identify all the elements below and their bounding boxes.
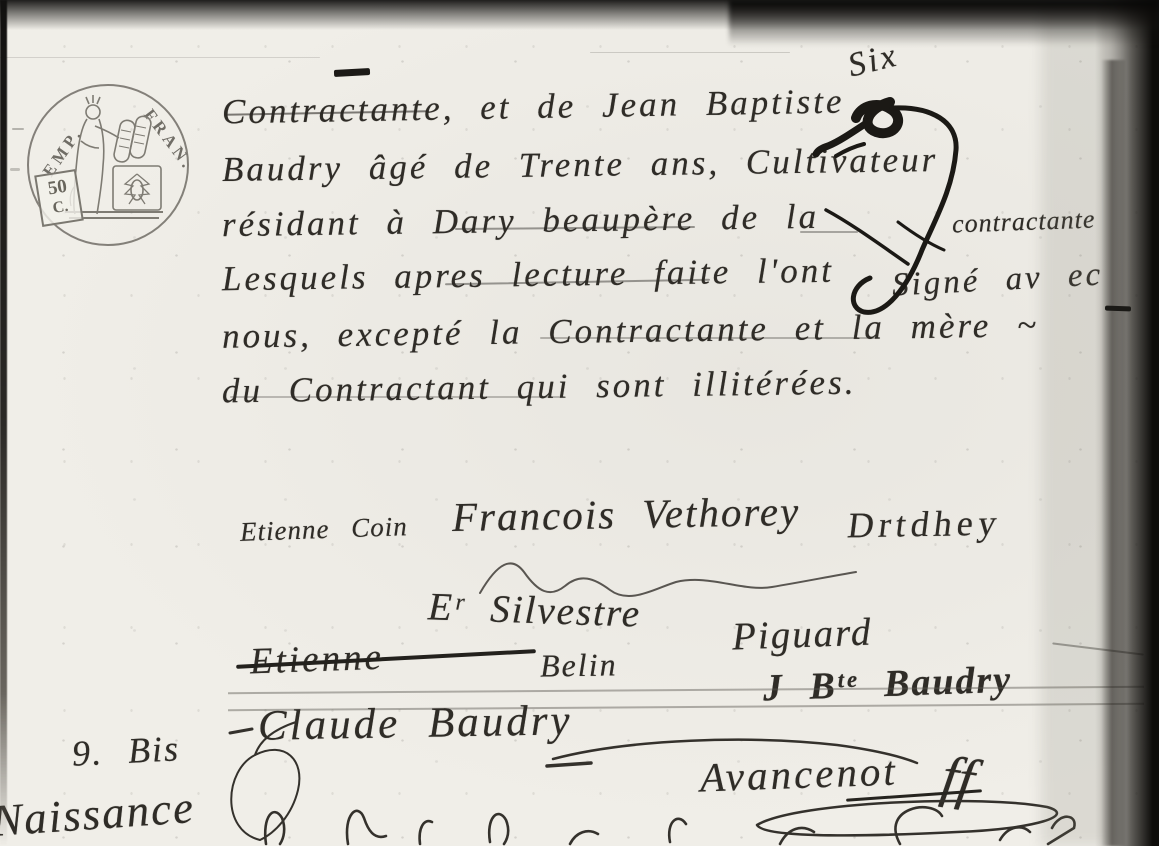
signature-piguard: Piguard [731,612,873,660]
faint-line-contractant [230,396,560,398]
footer-section-label: Naissance [0,783,196,846]
stamp-value-box: 50 C. [34,169,84,227]
scratch-line-2 [590,52,790,53]
signature-bte-baudry: J Bᵗᵉ Baudry [762,660,1012,710]
signature-francois-vethorey: Francois Vethorey [452,489,801,540]
faint-line-contractante [540,337,880,339]
gutter-dash-mark [1105,306,1131,312]
document-page: EMP. FRAN. 50 C. [0,0,1159,846]
body-line-3: résidant à Dary beaupère de la [222,198,820,245]
body-line-4: Lesquels apres lecture faite l'ont [222,252,834,299]
ink-dash-mark [334,68,370,77]
signature-belin: Belin [540,647,618,684]
signature-e-silvestre: Eʳ Silvestre [427,586,641,636]
signature-avancenot: Avancenot [699,749,898,801]
body-line-6: du Contractant qui sont illitérées. [222,364,857,411]
scan-edge-left [0,0,7,846]
ink-flourish-paraph [790,60,980,320]
stray-mark-1 [12,128,24,130]
record-number: 9. Bis [71,729,181,774]
revenue-stamp: EMP. FRAN. 50 C. [27,84,189,246]
scan-edge-right [1095,0,1159,846]
cutoff-handwriting-fragments [240,798,1120,846]
signature-drtdhey: Drtdhey [845,504,1003,546]
signature-etienne-coin: Etienne Coin [240,512,409,548]
body-line-1: Contractante, et de Jean Baptiste [222,83,845,132]
scan-edge-top-right [729,0,1159,46]
scratch-line-1 [0,57,320,58]
stray-mark-2 [10,168,20,171]
